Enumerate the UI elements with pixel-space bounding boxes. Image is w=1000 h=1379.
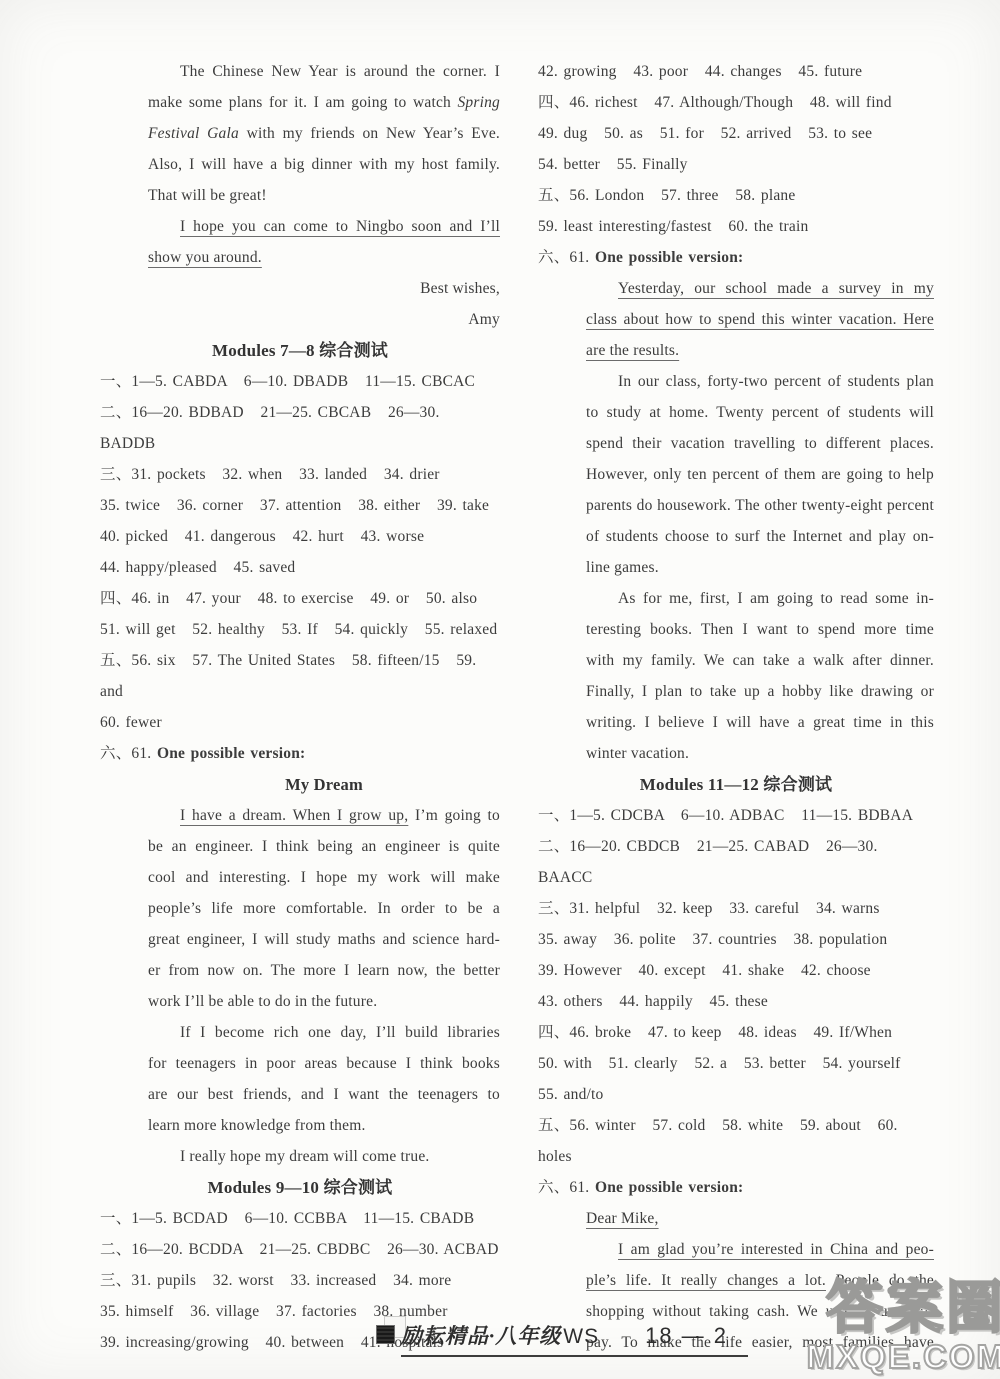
text-segment: 五、56. six 57. The United States 58. fift… — [100, 652, 482, 700]
text-line: Amy — [148, 304, 500, 335]
text-line: 六、61. One possible version: — [100, 738, 500, 769]
text-line: Finally, I plan to take up a hobby like … — [586, 676, 934, 707]
text-segment: Dear Mike, — [586, 1210, 659, 1227]
text-line: 54. better 55. Finally — [538, 149, 934, 180]
text-segment: 49. dug 50. as 51. for 52. arrived 53. t… — [538, 125, 872, 142]
text-line: Modules 7—8 综合测试 — [100, 335, 500, 366]
text-line: 四、46. in 47. your 48. to exercise 49. or… — [100, 583, 500, 614]
text-segment: with my family. We can take a walk after… — [586, 652, 934, 669]
text-segment: My Dream — [285, 775, 363, 794]
text-line: Festival Gala with my friends on New Yea… — [148, 118, 500, 149]
text-segment: are the results. — [586, 342, 679, 359]
text-line: 49. dug 50. as 51. for 52. arrived 53. t… — [538, 118, 934, 149]
text-line: 五、56. London 57. three 58. plane — [538, 180, 934, 211]
text-segment: I hope you can come to Ningbo soon and I… — [180, 218, 500, 235]
text-segment: One possible version: — [595, 249, 743, 266]
text-segment: class about how to spend this winter vac… — [586, 311, 934, 328]
text-segment: people’s life more comfortable. In order… — [148, 900, 500, 917]
text-segment: to study at home. Twenty percent of stud… — [586, 404, 934, 421]
text-segment: 六、61. — [538, 249, 595, 266]
text-segment: winter vacation. — [586, 745, 689, 762]
text-line: with my family. We can take a walk after… — [586, 645, 934, 676]
text-line: 六、61. One possible version: — [538, 242, 934, 273]
text-segment: That will be great! — [148, 187, 267, 204]
text-segment: teresting books. Then I want to spend mo… — [586, 621, 934, 638]
text-line: I have a dream. When I grow up, I’m goin… — [148, 800, 500, 831]
text-line: parents do housework. The other twenty-e… — [586, 490, 934, 521]
footer: 励耘精品·八年级WS18 — 2 — [401, 1320, 748, 1357]
text-line: 六、61. One possible version: — [538, 1172, 934, 1203]
text-segment: 六、61. — [538, 1179, 595, 1196]
text-line: make some plans for it. I am going to wa… — [148, 87, 500, 118]
text-segment: Festival Gala — [148, 125, 239, 142]
text-line: 四、46. broke 47. to keep 48. ideas 49. If… — [538, 1017, 934, 1048]
text-segment: I am glad you’re interested in China and… — [618, 1241, 934, 1258]
text-segment: great engineer, I will study maths and s… — [148, 931, 500, 948]
text-segment: 一、1—5. CABDA 6—10. DBADB 11—15. CBCAC — [100, 373, 475, 390]
text-segment: Amy — [468, 311, 500, 328]
text-segment: 39. However 40. except 41. shake 42. cho… — [538, 962, 871, 979]
text-line: Dear Mike, — [586, 1203, 934, 1234]
text-line: for teenagers in poor areas because I th… — [148, 1048, 500, 1079]
text-segment: As for me, first, I am going to read som… — [618, 590, 934, 607]
text-segment: 50. with 51. clearly 52. a 53. better 54… — [538, 1055, 901, 1072]
text-segment: 35. twice 36. corner 37. attention 38. e… — [100, 497, 489, 514]
text-segment: Modules 9—10 综合测试 — [208, 1178, 393, 1197]
text-line: 35. away 36. polite 37. countries 38. po… — [538, 924, 934, 955]
text-line: winter vacation. — [586, 738, 934, 769]
text-line: are our best friends, and I want the tee… — [148, 1079, 500, 1110]
text-segment: be an engineer. I think being an enginee… — [148, 838, 500, 855]
text-line: If I become rich one day, I’ll build lib… — [148, 1017, 500, 1048]
text-segment: Best wishes, — [420, 280, 500, 297]
watermark: 答案圈 MXQE.COM — [807, 1280, 1000, 1373]
text-line: er from now on. The more I learn now, th… — [148, 955, 500, 986]
text-segment: writing. I believe I will have a great t… — [586, 714, 934, 731]
text-line: cool and interesting. I hope my work wil… — [148, 862, 500, 893]
text-segment: 59. least interesting/fastest 60. the tr… — [538, 218, 808, 235]
text-line: 五、56. winter 57. cold 58. white 59. abou… — [538, 1110, 934, 1172]
text-segment: Spring — [457, 94, 500, 111]
text-segment: with my friends on New Year’s Eve. — [239, 125, 500, 142]
text-line: work I’ll be able to do in the future. — [148, 986, 500, 1017]
footer-page-number: 18 — 2 — [645, 1323, 728, 1348]
text-segment: 40. picked 41. dangerous 42. hurt 43. wo… — [100, 528, 424, 545]
text-line: people’s life more comfortable. In order… — [148, 893, 500, 924]
text-segment: 一、1—5. CDCBA 6—10. ADBAC 11—15. BDBAA — [538, 807, 913, 824]
text-line: class about how to spend this winter vac… — [586, 304, 934, 335]
text-segment: Modules 11—12 综合测试 — [640, 775, 833, 794]
text-segment: Yesterday, our school made a survey in m… — [618, 280, 934, 297]
text-line: I really hope my dream will come true. — [148, 1141, 500, 1172]
text-segment: for teenagers in poor areas because I th… — [148, 1055, 500, 1072]
text-segment: I’m going to — [408, 807, 500, 824]
left-column: The Chinese New Year is around the corne… — [100, 56, 500, 1358]
text-segment: 二、16—20. BDBAD 21—25. CBCAB 26—30. BADDB — [100, 404, 445, 452]
text-line: In our class, forty-two percent of stude… — [586, 366, 934, 397]
text-line: 三、31. helpful 32. keep 33. careful 34. w… — [538, 893, 934, 924]
text-segment: 三、31. pupils 32. worst 33. increased 34.… — [100, 1272, 451, 1289]
text-line: The Chinese New Year is around the corne… — [148, 56, 500, 87]
text-segment: parents do housework. The other twenty-e… — [586, 497, 934, 514]
text-line: of students choose to surf the Internet … — [586, 521, 934, 552]
text-segment: line games. — [586, 559, 659, 576]
text-line: 二、16—20. BCDDA 21—25. CBDBC 26—30. ACBAD — [100, 1234, 500, 1265]
text-line: 43. others 44. happily 45. these — [538, 986, 934, 1017]
text-segment: 三、31. helpful 32. keep 33. careful 34. w… — [538, 900, 880, 917]
text-segment: In our class, forty-two percent of stude… — [618, 373, 934, 390]
text-line: spend their vacation travelling to diffe… — [586, 428, 934, 459]
text-segment: 二、16—20. CBDCB 21—25. CABAD 26—30. BAACC — [538, 838, 883, 886]
text-line: I hope you can come to Ningbo soon and I… — [148, 211, 500, 242]
text-segment: learn more knowledge from them. — [148, 1117, 366, 1134]
page: The Chinese New Year is around the corne… — [0, 0, 1000, 1379]
text-segment: However, only ten percent of them are go… — [586, 466, 934, 483]
text-segment: 55. and/to — [538, 1086, 604, 1103]
text-segment: Finally, I plan to take up a hobby like … — [586, 683, 934, 700]
text-line: Also, I will have a big dinner with my h… — [148, 149, 500, 180]
text-line: 59. least interesting/fastest 60. the tr… — [538, 211, 934, 242]
text-line: 35. twice 36. corner 37. attention 38. e… — [100, 490, 500, 521]
text-segment: Modules 7—8 综合测试 — [212, 341, 388, 360]
text-line: 42. growing 43. poor 44. changes 45. fut… — [538, 56, 934, 87]
text-line: show you around. — [148, 242, 500, 273]
text-line: 40. picked 41. dangerous 42. hurt 43. wo… — [100, 521, 500, 552]
text-segment: If I become rich one day, I’ll build lib… — [180, 1024, 500, 1041]
text-segment: One possible version: — [595, 1179, 743, 1196]
text-segment: 44. happy/pleased 45. saved — [100, 559, 295, 576]
text-line: be an engineer. I think being an enginee… — [148, 831, 500, 862]
text-segment: I really hope my dream will come true. — [180, 1148, 430, 1165]
footer-series: WS — [563, 1325, 599, 1348]
text-segment: 43. others 44. happily 45. these — [538, 993, 768, 1010]
text-line: That will be great! — [148, 180, 500, 211]
text-line: 四、46. richest 47. Although/Though 48. wi… — [538, 87, 934, 118]
text-line: 60. fewer — [100, 707, 500, 738]
text-segment: cool and interesting. I hope my work wil… — [148, 869, 500, 886]
text-line: 50. with 51. clearly 52. a 53. better 54… — [538, 1048, 934, 1079]
text-line: 三、31. pockets 32. when 33. landed 34. dr… — [100, 459, 500, 490]
text-segment: 一、1—5. BCDAD 6—10. CCBBA 11—15. CBADB — [100, 1210, 474, 1227]
text-line: 44. happy/pleased 45. saved — [100, 552, 500, 583]
text-line: Yesterday, our school made a survey in m… — [586, 273, 934, 304]
text-segment: of students choose to surf the Internet … — [586, 528, 934, 545]
text-segment: I have a dream. When I grow up, — [180, 807, 408, 824]
text-segment: 54. better 55. Finally — [538, 156, 688, 173]
text-line: teresting books. Then I want to spend mo… — [586, 614, 934, 645]
text-segment: work I’ll be able to do in the future. — [148, 993, 377, 1010]
text-segment: make some plans for it. I am going to wa… — [148, 94, 457, 111]
text-segment: 51. will get 52. healthy 53. If 54. quic… — [100, 621, 497, 638]
text-line: learn more knowledge from them. — [148, 1110, 500, 1141]
text-segment: 六、61. — [100, 745, 157, 762]
text-line: 五、56. six 57. The United States 58. fift… — [100, 645, 500, 707]
text-line: My Dream — [148, 769, 500, 800]
watermark-text: 答案圈 — [807, 1280, 1000, 1337]
text-line: 51. will get 52. healthy 53. If 54. quic… — [100, 614, 500, 645]
text-segment: Also, I will have a big dinner with my h… — [148, 156, 500, 173]
text-line: However, only ten percent of them are go… — [586, 459, 934, 490]
text-segment: ple’s life. It really changes a lot. — [586, 1272, 826, 1289]
text-line: 39. However 40. except 41. shake 42. cho… — [538, 955, 934, 986]
text-line: 二、16—20. BDBAD 21—25. CBCAB 26—30. BADDB — [100, 397, 500, 459]
text-segment: 五、56. winter 57. cold 58. white 59. abou… — [538, 1117, 903, 1165]
text-line: I am glad you’re interested in China and… — [586, 1234, 934, 1265]
text-line: Best wishes, — [148, 273, 500, 304]
text-segment: 四、46. richest 47. Although/Though 48. wi… — [538, 94, 892, 111]
text-segment: 四、46. in 47. your 48. to exercise 49. or… — [100, 590, 477, 607]
text-line: 一、1—5. BCDAD 6—10. CCBBA 11—15. CBADB — [100, 1203, 500, 1234]
text-line: Modules 9—10 综合测试 — [100, 1172, 500, 1203]
text-segment: 60. fewer — [100, 714, 162, 731]
right-column: 42. growing 43. poor 44. changes 45. fut… — [538, 56, 934, 1358]
text-segment: 35. away 36. polite 37. countries 38. po… — [538, 931, 887, 948]
text-line: writing. I believe I will have a great t… — [586, 707, 934, 738]
footer-brand: 励耘精品·八年级 — [401, 1324, 561, 1348]
qr-stamp-icon — [377, 1326, 394, 1343]
text-line: Modules 11—12 综合测试 — [538, 769, 934, 800]
watermark-site: MXQE.COM — [807, 1340, 1000, 1373]
text-segment: 42. growing 43. poor 44. changes 45. fut… — [538, 63, 862, 80]
text-segment: One possible version: — [157, 745, 305, 762]
text-segment: er from now on. The more I learn now, th… — [148, 962, 500, 979]
text-line: 二、16—20. CBDCB 21—25. CABAD 26—30. BAACC — [538, 831, 934, 893]
text-line: line games. — [586, 552, 934, 583]
text-segment: are our best friends, and I want the tee… — [148, 1086, 500, 1103]
text-segment: The Chinese New Year is around the corne… — [180, 63, 500, 80]
text-segment: 四、46. broke 47. to keep 48. ideas 49. If… — [538, 1024, 892, 1041]
text-segment: 五、56. London 57. three 58. plane — [538, 187, 795, 204]
text-line: 一、1—5. CABDA 6—10. DBADB 11—15. CBCAC — [100, 366, 500, 397]
text-segment: show you around. — [148, 249, 262, 266]
text-segment: 二、16—20. BCDDA 21—25. CBDBC 26—30. ACBAD — [100, 1241, 499, 1258]
text-segment: 三、31. pockets 32. when 33. landed 34. dr… — [100, 466, 440, 483]
text-line: As for me, first, I am going to read som… — [586, 583, 934, 614]
text-line: 三、31. pupils 32. worst 33. increased 34.… — [100, 1265, 500, 1296]
text-line: are the results. — [586, 335, 934, 366]
text-line: to study at home. Twenty percent of stud… — [586, 397, 934, 428]
text-line: great engineer, I will study maths and s… — [148, 924, 500, 955]
text-line: 一、1—5. CDCBA 6—10. ADBAC 11—15. BDBAA — [538, 800, 934, 831]
text-line: 55. and/to — [538, 1079, 934, 1110]
text-segment: spend their vacation travelling to diffe… — [586, 435, 934, 452]
